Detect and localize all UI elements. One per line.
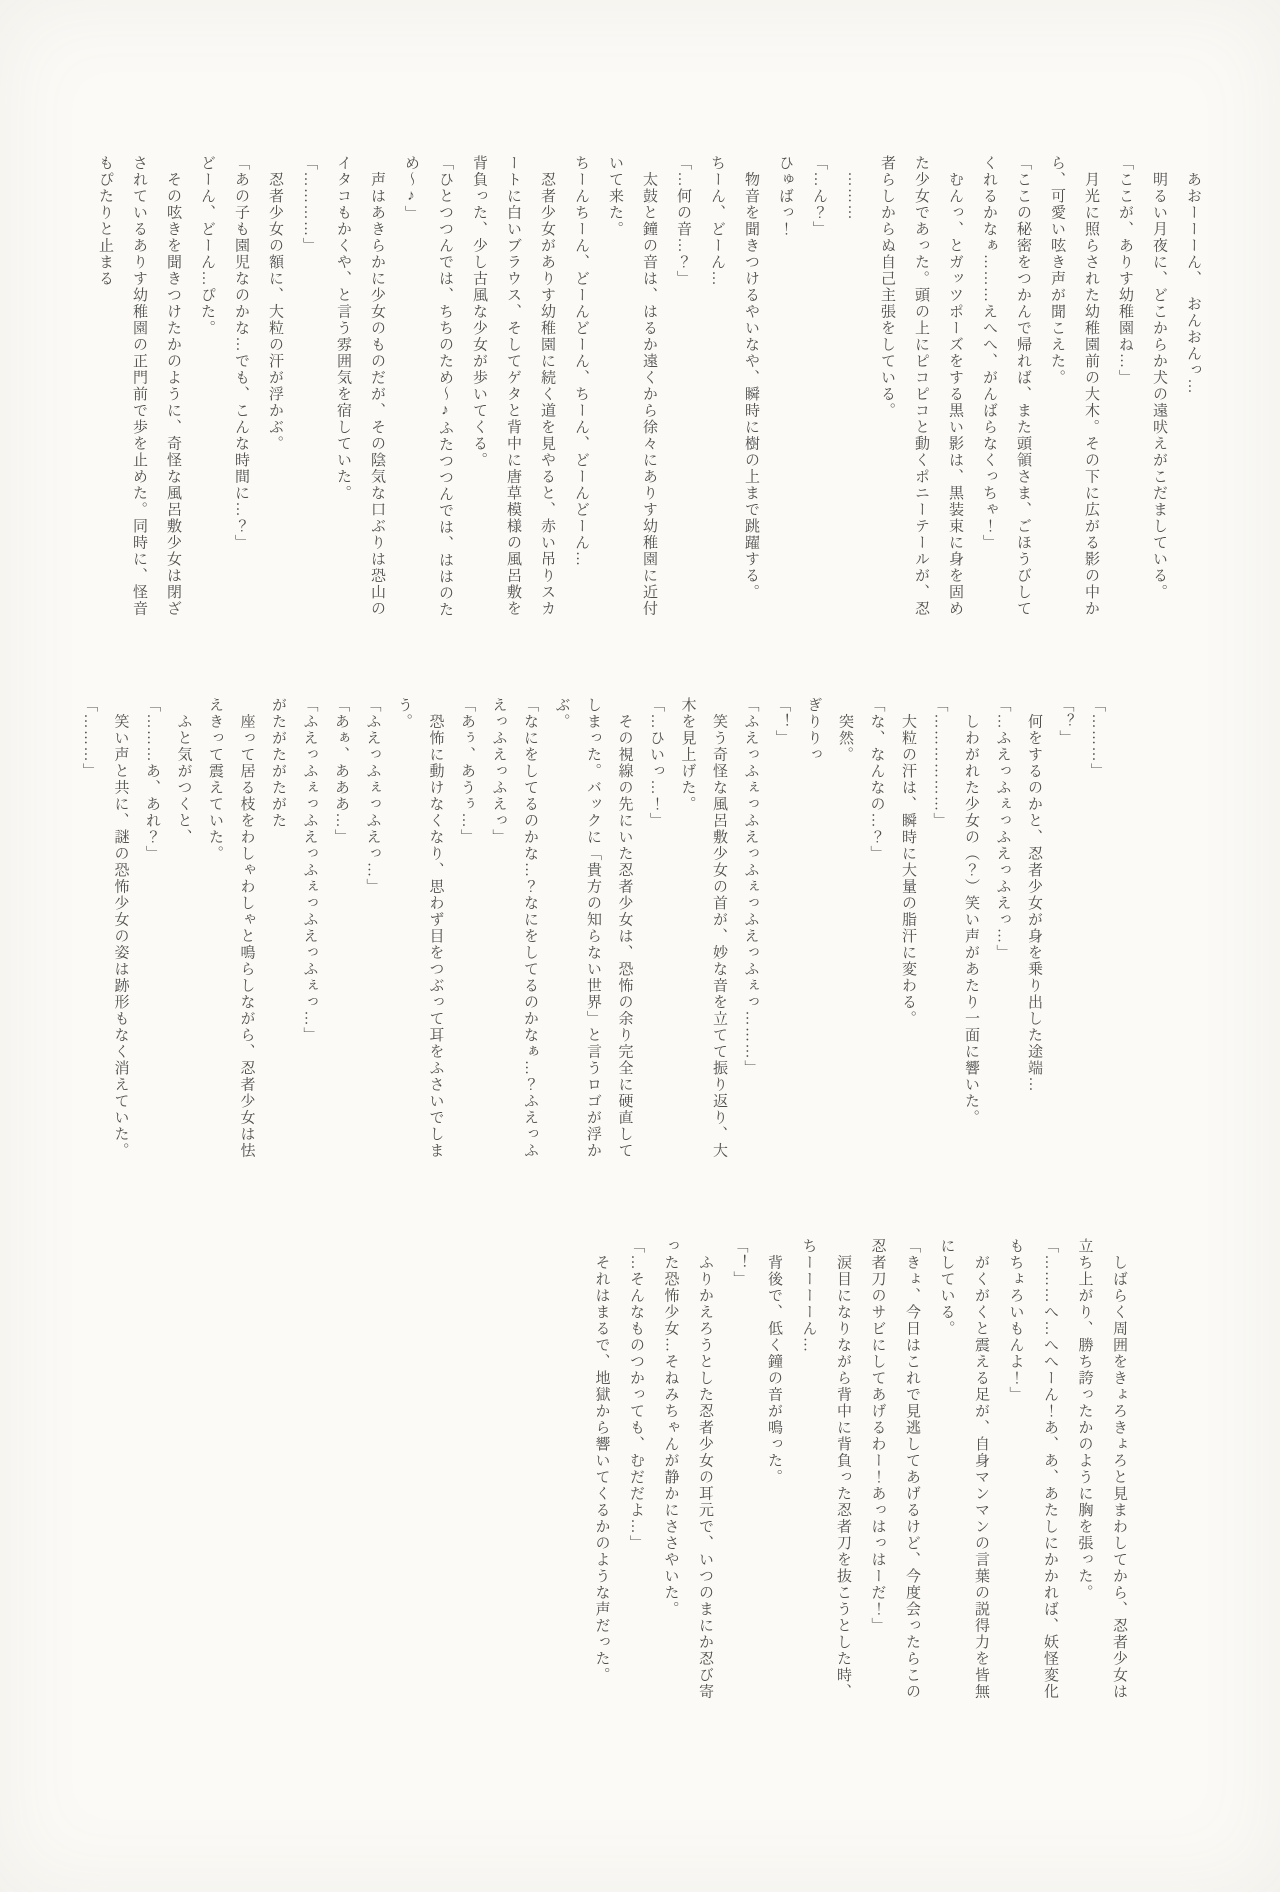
text-section-middle: 「………」「？」 何をするのかと、忍者少女が身を乗り出した途端…「…ふえっふぇっ… [73,697,1113,1161]
paragraph: むんっ、とガッツポーズをする黒い影は、黒装束に身を固めた少女であった。頭の上にピ… [870,155,972,619]
paragraph: ぎりりっ [797,697,829,1161]
paragraph: 「！」 [722,1238,757,1702]
paragraph: 「ふえっふぇっふえっ…」 [356,697,388,1161]
paragraph: 物音を聞きつけるやいなや、瞬時に樹の上まで跳躍する。 [734,155,768,619]
paragraph: 「ひとつつんでは、ちちのため〜♪ふたつつんでは、ははのため〜♪」 [394,155,462,619]
paragraph: その呟きを聞きつけたかのように、奇怪な風呂敷少女は閉ざされているありす幼稚園の正… [88,155,190,619]
paragraph: 「………」 [1081,697,1113,1161]
paragraph: 恐怖に動けなくなり、思わず目をつぶって耳をふさいでしまう。 [388,697,451,1161]
paragraph: がくがくと震える足が、自身マンマンの言葉の説得力を皆無にしている。 [929,1238,998,1702]
paragraph: 忍者少女がありす幼稚園に続く道を見やると、赤い吊りスカートに白いブラウス、そして… [462,155,564,619]
paragraph: 「………………」 [923,697,955,1161]
paragraph: 「………へ…へへーん！あ、あ、あたしにかかれば、妖怪変化もちょろいもんよ！」 [998,1238,1067,1702]
paragraph: 「………あ、あれ？」 [136,697,168,1161]
paragraph: 笑う奇怪な風呂敷少女の首が、妙な音を立てて振り返り、大木を見上げた。 [671,697,734,1161]
paragraph: 大粒の汗は、瞬時に大量の脂汗に変わる。 [892,697,924,1161]
paragraph: 涙目になりながら背中に背負った忍者刀を抜こうとした時、 [826,1238,861,1702]
paragraph: 「あの子も園児なのかな…でも、こんな時間に…？」 [224,155,258,619]
paragraph: しわがれた少女の（？）笑い声があたり一面に響いた。 [955,697,987,1161]
text-section-bottom: しばらく周囲をきょろきょろと見まわしてから、忍者少女は立ち上がり、勝ち誇ったかの… [584,1238,1136,1702]
paragraph: ふりかえろうとした忍者少女の耳元で、いつのまにか忍び寄った恐怖少女…そねみちゃん… [653,1238,722,1702]
paragraph: 座って居る枝をわしゃわしゃと鳴らしながら、忍者少女は怯えきって震えていた。 [199,697,262,1161]
paragraph: 太鼓と鐘の音は、はるか遠くから徐々にありす幼稚園に近付いて来た。 [598,155,666,619]
paragraph: 「…そんなものつかっても、むだだよ…」 [619,1238,654,1702]
paragraph: 突然。 [829,697,861,1161]
scanned-page: あおーーーん、 おんおんっ… 明るい月夜に、どこからか犬の遠吠えがこだましている… [0,0,1280,1892]
paragraph: それはまるで、地獄から響いてくるかのような声だった。 [584,1238,619,1702]
paragraph: 声はあきらかに少女のものだが、その陰気な口ぶりは恐山のイタコもかくや、と言う雰囲… [326,155,394,619]
paragraph: 「な、なんなの…？」 [860,697,892,1161]
paragraph: 忍者少女の額に、大粒の汗が浮かぶ。 [258,155,292,619]
paragraph: どーん、どーん…ぴた。 [190,155,224,619]
paragraph: 「きょ、今日はこれで見逃してあげるけど、今度会ったらこの忍者刀のサビにしてあげる… [860,1238,929,1702]
paragraph: 「ここの秘密をつかんで帰れば、また頭領さま、ごほうびしてくれるかなぁ………えへへ… [972,155,1040,619]
paragraph: 「！」 [766,697,798,1161]
paragraph: 「…ん？」 [802,155,836,619]
paragraph: がたがたがたがた [262,697,294,1161]
paragraph: 笑い声と共に、謎の恐怖少女の姿は跡形もなく消えていた。 [104,697,136,1161]
paragraph: 「………」 [73,697,105,1161]
paragraph: 「…何の音…？」 [666,155,700,619]
paragraph: しばらく周囲をきょろきょろと見まわしてから、忍者少女は立ち上がり、勝ち誇ったかの… [1067,1238,1136,1702]
paragraph: 月光に照らされた幼稚園前の大木。その下に広がる影の中から、可愛い呟き声が聞こえた… [1040,155,1108,619]
paragraph: 背後で、低く鐘の音が鳴った。 [757,1238,792,1702]
text-section-top: あおーーーん、 おんおんっ… 明るい月夜に、どこからか犬の遠吠えがこだましている… [88,155,1210,619]
paragraph: 「…………」 [292,155,326,619]
paragraph: その視線の先にいた忍者少女は、恐怖の余り完全に硬直してしまった。バックに「貴方の… [545,697,640,1161]
paragraph: 「あぅ、あうぅ…」 [451,697,483,1161]
paragraph: 「なにをしてるのかな…？なにをしてるのかなぁ…？ふえっふえっふえっふえっ」 [482,697,545,1161]
paragraph: 「あぁ、あああ…」 [325,697,357,1161]
paragraph: 「…ふえっふぇっふえっふえっ…」 [986,697,1018,1161]
paragraph: 何をするのかと、忍者少女が身を乗り出した途端… [1018,697,1050,1161]
paragraph: ……… [836,155,870,619]
paragraph: ちーんちーん、どーんどーん、ちーん、どーんどーん… [564,155,598,619]
paragraph: 「…ひいっ…！」 [640,697,672,1161]
paragraph: 「？」 [1049,697,1081,1161]
paragraph: あおーーーん、 おんおんっ… [1176,155,1210,619]
paragraph: 「ふえっふぇっふえっふぇっふえっふぇっ…」 [293,697,325,1161]
paragraph: ふと気がつくと、 [167,697,199,1161]
paragraph: 明るい月夜に、どこからか犬の遠吠えがこだましている。 [1142,155,1176,619]
paragraph: ひゅばっ！ [768,155,802,619]
paragraph: ちーん、どーん… [700,155,734,619]
paragraph: ちーーーーん… [791,1238,826,1702]
paragraph: 「ふえっふぇっふえっふぇっふえっふぇっ………」 [734,697,766,1161]
paragraph: 「ここが、ありす幼稚園ね…」 [1108,155,1142,619]
